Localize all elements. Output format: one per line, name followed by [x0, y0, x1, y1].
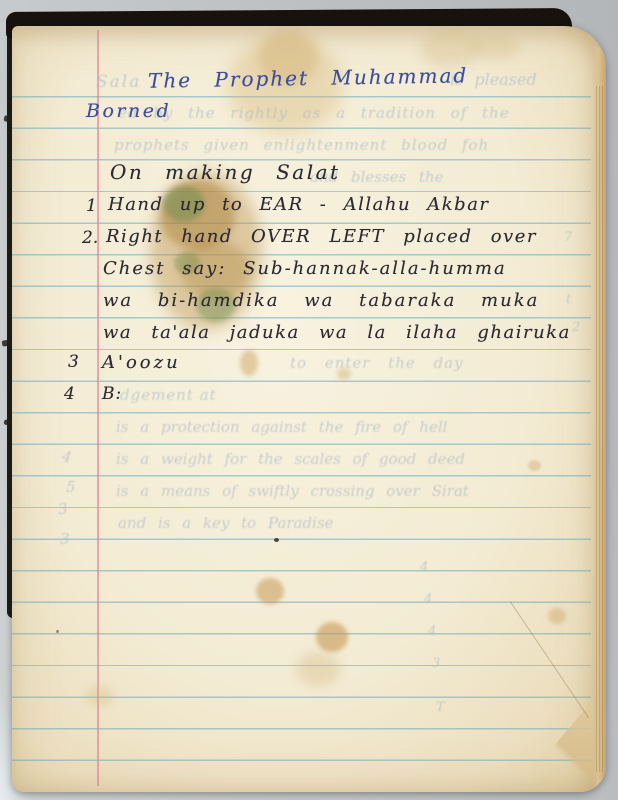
margin-line: [97, 30, 99, 786]
stain: [240, 350, 258, 376]
list-text: wa ta'ala jaduka wa la ilaha ghairuka: [103, 322, 571, 343]
list-number: 4: [64, 384, 75, 404]
ghost-text: to enter the day: [290, 354, 464, 372]
ghost-text: Sala: [96, 72, 141, 92]
ghost-mark: 5: [66, 478, 76, 496]
ghost-mark: 4: [424, 592, 432, 607]
notebook-photo: Sala is pleased ed by the rightly as a t…: [0, 0, 618, 800]
ghost-mark: 2: [572, 320, 580, 335]
list-number: 3: [68, 352, 79, 372]
heading-line-1: The Prophet Muhammad: [148, 63, 469, 93]
ghost-mark: 4: [428, 624, 436, 639]
ghost-text: ed by the rightly as a tradition of the: [118, 104, 510, 122]
list-number: 2.: [82, 228, 98, 248]
ghost-mark: 3: [60, 530, 70, 548]
ghost-text: and is a key to Paradise: [118, 514, 333, 532]
stain: [296, 652, 340, 686]
page-edge-lines: [596, 86, 603, 772]
ghost-text: is a weight for the scales of good deed: [116, 450, 465, 468]
ink-speck: [56, 630, 59, 633]
stain: [528, 460, 541, 471]
heading-line-2: Borned: [86, 100, 171, 122]
list-text: wa bi-hamdika wa tabaraka muka: [103, 290, 539, 311]
stain: [316, 622, 348, 652]
list-text: Hand up to EAR - Allahu Akbar: [108, 194, 490, 215]
ghost-text: prophets given enlightenment blood foh: [114, 136, 489, 154]
list-text: A'oozu: [102, 352, 181, 373]
binding-stitch: [4, 420, 12, 426]
ghost-mark: 3: [432, 656, 440, 671]
list-text: B:: [102, 384, 122, 404]
ghost-mark: t: [566, 292, 571, 307]
ghost-mark: 7: [564, 230, 572, 245]
list-text: Chest say: Sub-hannak-alla-humma: [103, 258, 507, 279]
ink-speck: [274, 538, 279, 542]
notebook-page: Sala is pleased ed by the rightly as a t…: [12, 26, 606, 792]
ghost-text: is a protection against the fire of hell: [116, 418, 447, 436]
subheading: On making Salat: [110, 160, 341, 184]
list-number: 1: [86, 196, 97, 216]
list-text: Right hand OVER LEFT placed over: [106, 226, 537, 247]
stain: [256, 578, 284, 604]
ghost-text: is a means of swiftly crossing over Sira…: [116, 482, 469, 500]
stain: [470, 34, 520, 60]
ghost-mark: 4: [420, 560, 428, 575]
stain: [548, 608, 566, 624]
ghost-text: dgement at: [120, 386, 217, 404]
ghost-mark: T: [436, 700, 445, 715]
stain: [86, 686, 114, 706]
